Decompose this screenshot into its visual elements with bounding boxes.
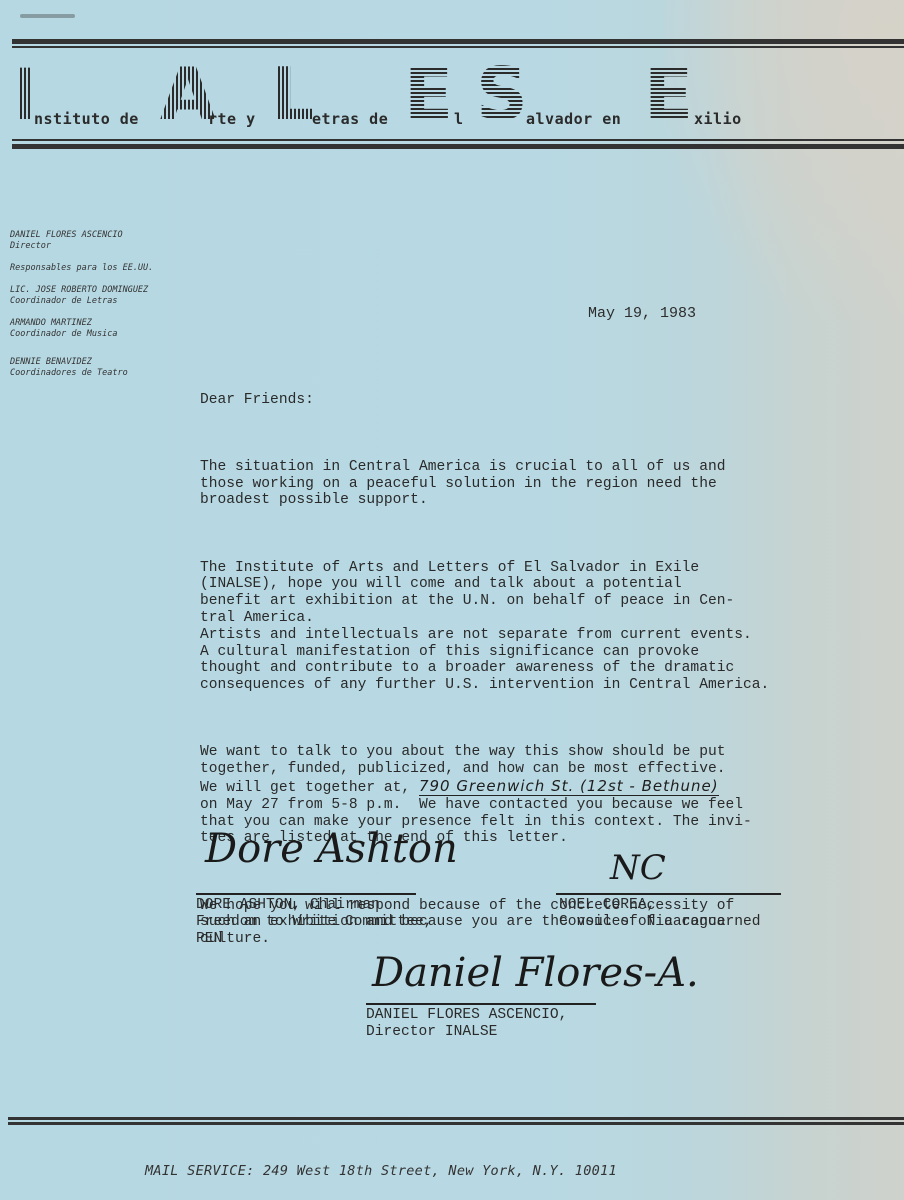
staff-role: Coordinadores de Teatro <box>10 368 190 379</box>
letter-date: May 19, 1983 <box>588 305 696 322</box>
masthead-word: xilio <box>694 110 742 128</box>
staff-name: DANIEL FLORES ASCENCIO <box>10 230 190 241</box>
signature-noel-corea: NC <box>610 848 666 888</box>
staff-role: Coordinador de Musica <box>10 329 190 340</box>
staple-mark <box>20 14 75 18</box>
staff-heading: Responsables para los EE.UU. <box>10 263 190 274</box>
salutation: Dear Friends: <box>200 392 820 409</box>
signature-line <box>366 1003 596 1005</box>
paragraph-2: The Institute of Arts and Letters of El … <box>200 560 820 694</box>
staff-role: Director <box>10 241 190 252</box>
masthead-word: l <box>454 110 464 128</box>
header-rule-thick <box>12 39 904 44</box>
mail-service-address: MAIL SERVICE: 249 West 18th Street, New … <box>145 1163 617 1179</box>
staff-name: ARMANDO MARTINEZ <box>10 318 190 329</box>
signatory-corea: NOEL COREA, Consul of Nicaragua <box>559 897 725 931</box>
letter-body: Dear Friends: The situation in Central A… <box>200 358 820 981</box>
footer-rule-bottom <box>8 1122 904 1125</box>
signatory-ashton: DORE ASHTON, Chairman Freedom to Write C… <box>196 897 432 948</box>
staff-name: DENNIE BENAVIDEZ <box>10 357 190 368</box>
paragraph-1: The situation in Central America is cruc… <box>200 459 820 509</box>
masthead-letter-e: E <box>404 58 453 130</box>
staff-list: DANIEL FLORES ASCENCIO Director Responsa… <box>10 230 190 390</box>
staff-teatro: DENNIE BENAVIDEZ Coordinadores de Teatro <box>10 357 190 379</box>
masthead-word: alvador en <box>526 110 621 128</box>
masthead-letter-i: I <box>12 60 34 130</box>
masthead-letter-s: S <box>476 58 528 130</box>
header-rule-thin <box>12 46 904 48</box>
staff-name: LIC. JOSE ROBERTO DOMINGUEZ <box>10 285 190 296</box>
signature-daniel-flores: Daniel Flores-A. <box>372 950 699 996</box>
masthead-rule-thin <box>12 139 904 141</box>
masthead-word: etras de <box>312 110 388 128</box>
footer-rule-top <box>8 1117 904 1120</box>
signature-line <box>556 893 781 895</box>
paper-discoloration <box>664 0 904 320</box>
staff-letras: LIC. JOSE ROBERTO DOMINGUEZ Coordinador … <box>10 285 190 307</box>
masthead-letter-e2: E <box>644 58 693 130</box>
masthead: I nstituto de A rte y L etras de E l S a… <box>12 58 892 130</box>
signature-line <box>196 893 416 895</box>
staff-role: Coordinador de Letras <box>10 296 190 307</box>
signatory-flores: DANIEL FLORES ASCENCIO, Director INALSE <box>366 1007 567 1041</box>
masthead-letter-l: L <box>270 58 316 130</box>
staff-director: DANIEL FLORES ASCENCIO Director <box>10 230 190 252</box>
staff-responsables: Responsables para los EE.UU. <box>10 263 190 274</box>
handwritten-address: 790 Greenwich St. (12st - Bethune) <box>419 777 719 796</box>
masthead-rule-thick <box>12 144 904 149</box>
masthead-word: rte y <box>208 110 256 128</box>
staff-musica: ARMANDO MARTINEZ Coordinador de Musica <box>10 318 190 340</box>
signature-dore-ashton: Dore Ashton <box>205 826 458 872</box>
masthead-word: nstituto de <box>34 110 139 128</box>
